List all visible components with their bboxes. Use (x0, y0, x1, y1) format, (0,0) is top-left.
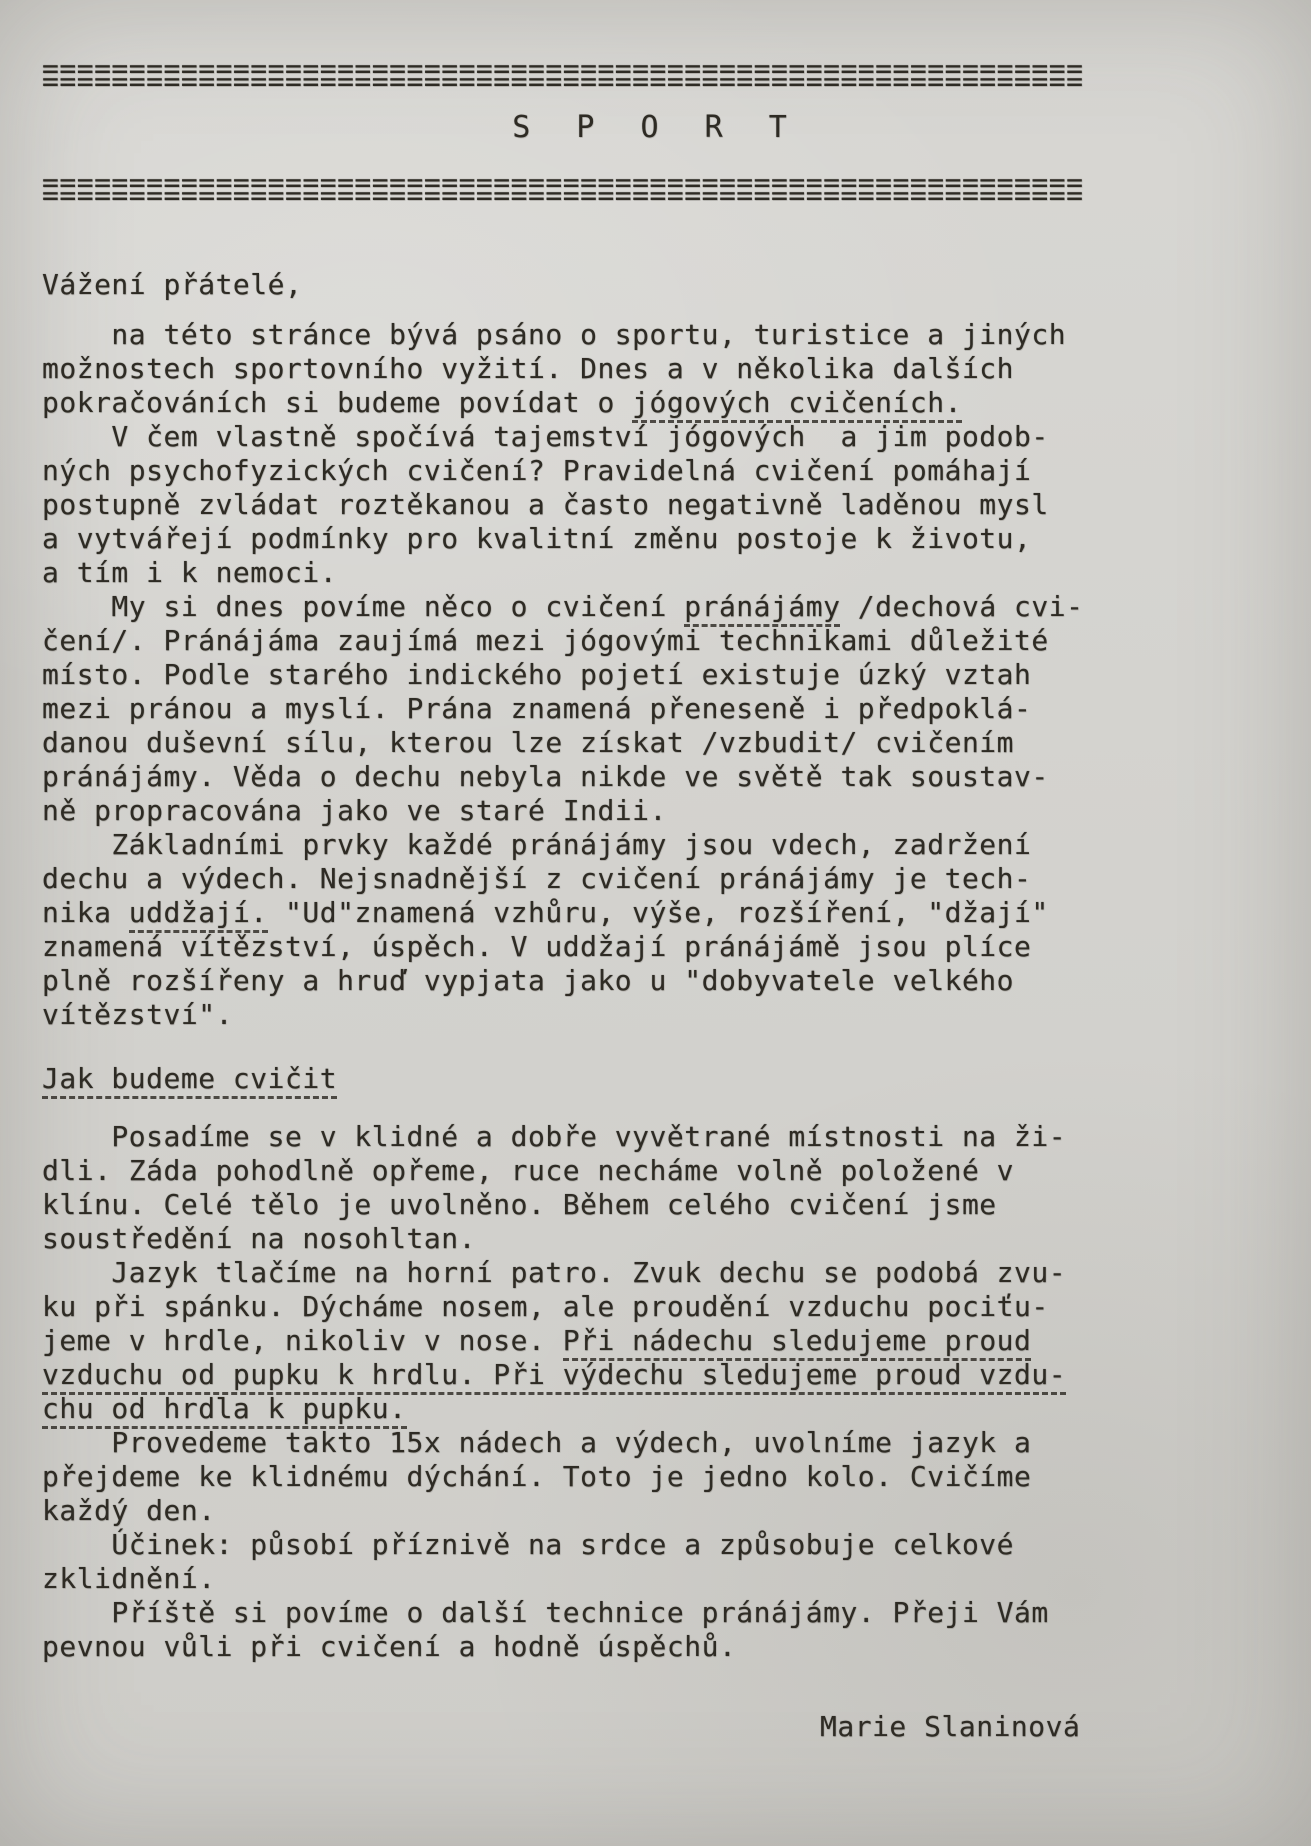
text-run: postupně zvládat roztěkanou a často nega… (42, 488, 1049, 521)
separator-top: ========================================… (42, 62, 1271, 88)
text-run: klínu. Celé tělo je uvolněno. Během celé… (42, 1188, 997, 1221)
paragraph-uddzaji: Základními prvky každé pránájámy jsou vd… (42, 828, 1271, 1032)
text-line: vzduchu od pupku k hrdlu. Při výdechu sl… (42, 1358, 1271, 1392)
text-run: ně propracována jako ve staré Indii. (42, 794, 667, 827)
underlined-text-run: chu od hrdla k pupku. (42, 1392, 407, 1429)
text-line: V čem vlastně spočívá tajemství jógových… (42, 420, 1271, 454)
text-line: My si dnes povíme něco o cvičení pránájá… (42, 590, 1271, 624)
text-line: Posadíme se v klidné a dobře vyvětrané m… (42, 1120, 1271, 1154)
signature: Marie Slaninová (42, 1710, 1271, 1744)
underlined-text-run: pránájámy (684, 590, 840, 627)
document-body: Vážení přátelé, na této stránce bývá psá… (42, 268, 1271, 1664)
text-run: pevnou vůli při cvičení a hodně úspěchů. (42, 1630, 736, 1663)
text-run: dli. Záda pohodlně opřeme, ruce necháme … (42, 1154, 1014, 1187)
separator-line: ========================================… (42, 189, 1271, 202)
text-line: pokračováních si budeme povídat o jógový… (42, 386, 1271, 420)
text-line: a tím i k nemoci. (42, 556, 1271, 590)
text-run: a vytvářejí podmínky pro kvalitní změnu … (42, 522, 1031, 555)
text-line: Vážení přátelé, (42, 268, 1271, 302)
text-line: chu od hrdla k pupku. (42, 1392, 1271, 1426)
separator-line: ========================================… (42, 75, 1271, 88)
text-line: soustředění na nosohltan. (42, 1222, 1271, 1256)
text-line: pránájámy. Věda o dechu nebyla nikde ve … (42, 760, 1271, 794)
text-run: mezi pránou a myslí. Prána znamená přene… (42, 692, 1031, 725)
paragraph-intro: na této stránce bývá psáno o sportu, tur… (42, 318, 1271, 420)
underlined-text-run: Jak budeme cvičit (42, 1062, 337, 1099)
document-page: ========================================… (0, 0, 1311, 1846)
text-line: mezi pránou a myslí. Prána znamená přene… (42, 692, 1271, 726)
text-line: místo. Podle starého indického pojetí ex… (42, 658, 1271, 692)
text-run: My si dnes povíme něco o cvičení (42, 590, 684, 623)
text-line: Jazyk tlačíme na horní patro. Zvuk dechu… (42, 1256, 1271, 1290)
text-run: ných psychofyzických cvičení? Pravidelná… (42, 454, 1031, 487)
text-line: plně rozšířeny a hruď vypjata jako u "do… (42, 964, 1271, 998)
paragraph-pranayama: My si dnes povíme něco o cvičení pránájá… (42, 590, 1271, 828)
text-line: znamená vítězství, úspěch. V uddžají prá… (42, 930, 1271, 964)
text-line: Příště si povíme o další technice pránáj… (42, 1596, 1271, 1630)
text-run: "Ud"znamená vzhůru, výše, rozšíření, "dž… (268, 896, 1049, 929)
paragraph-closing: Příště si povíme o další technice pránáj… (42, 1596, 1271, 1664)
text-run: soustředění na nosohltan. (42, 1222, 476, 1255)
text-line: nika uddžají. "Ud"znamená vzhůru, výše, … (42, 896, 1271, 930)
text-line: na této stránce bývá psáno o sportu, tur… (42, 318, 1271, 352)
page-title: S P O R T (42, 108, 1271, 148)
text-line: dli. Záda pohodlně opřeme, ruce necháme … (42, 1154, 1271, 1188)
text-line: a vytvářejí podmínky pro kvalitní změnu … (42, 522, 1271, 556)
text-line: Provedeme takto 15x nádech a výdech, uvo… (42, 1426, 1271, 1460)
text-run: pokračováních si budeme povídat o (42, 386, 632, 419)
text-run: jeme v hrdle, nikoliv v nose. (42, 1324, 563, 1357)
text-run: čení/. Pránájáma zaujímá mezi jógovými t… (42, 624, 1049, 657)
text-line: klínu. Celé tělo je uvolněno. Během celé… (42, 1188, 1271, 1222)
underlined-text-run: jógových cvičeních. (632, 386, 962, 423)
text-line: čení/. Pránájáma zaujímá mezi jógovými t… (42, 624, 1271, 658)
text-run: pránájámy. Věda o dechu nebyla nikde ve … (42, 760, 1049, 793)
underlined-text-run: uddžají. (129, 896, 268, 933)
text-run: V čem vlastně spočívá tajemství jógových… (42, 420, 1049, 453)
text-run: možnostech sportovního vyžití. Dnes a v … (42, 352, 1014, 385)
text-line: dechu a výdech. Nejsnadnější z cvičení p… (42, 862, 1271, 896)
paragraph-effect: Účinek: působí příznivě na srdce a způso… (42, 1528, 1271, 1596)
text-line: každý den. (42, 1494, 1271, 1528)
text-run: a tím i k nemoci. (42, 556, 337, 589)
text-line: ně propracována jako ve staré Indii. (42, 794, 1271, 828)
text-run: znamená vítězství, úspěch. V uddžají prá… (42, 930, 1031, 963)
text-run: Účinek: působí příznivě na srdce a způso… (42, 1528, 1014, 1561)
paragraph-repetitions: Provedeme takto 15x nádech a výdech, uvo… (42, 1426, 1271, 1528)
text-line: danou duševní sílu, kterou lze získat /v… (42, 726, 1271, 760)
text-line: zklidnění. (42, 1562, 1271, 1596)
text-line: možnostech sportovního vyžití. Dnes a v … (42, 352, 1271, 386)
text-run: na této stránce bývá psáno o sportu, tur… (42, 318, 1066, 351)
text-line: Účinek: působí příznivě na srdce a způso… (42, 1528, 1271, 1562)
text-run: nika (42, 896, 129, 929)
text-run: Vážení přátelé, (42, 268, 302, 301)
separator-under-title: ========================================… (42, 176, 1271, 202)
text-run: vítězství". (42, 998, 233, 1031)
text-run: místo. Podle starého indického pojetí ex… (42, 658, 1031, 691)
text-run: Posadíme se v klidné a dobře vyvětrané m… (42, 1120, 1066, 1153)
underlined-text-run: vzduchu od pupku k hrdlu. Při výdechu sl… (42, 1358, 1066, 1395)
text-run: zklidnění. (42, 1562, 216, 1595)
text-line: přejdeme ke klidnému dýchání. Toto je je… (42, 1460, 1271, 1494)
text-line: Jak budeme cvičit (42, 1062, 1271, 1100)
text-line: jeme v hrdle, nikoliv v nose. Při nádech… (42, 1324, 1271, 1358)
underlined-text-run: Při nádechu sledujeme proud (563, 1324, 1032, 1361)
text-run: Provedeme takto 15x nádech a výdech, uvo… (42, 1426, 1031, 1459)
text-line: ku při spánku. Dýcháme nosem, ale proudě… (42, 1290, 1271, 1324)
text-run: dechu a výdech. Nejsnadnější z cvičení p… (42, 862, 1031, 895)
paragraph-psychophysical: V čem vlastně spočívá tajemství jógových… (42, 420, 1271, 590)
text-run: danou duševní sílu, kterou lze získat /v… (42, 726, 1014, 759)
text-run: ku při spánku. Dýcháme nosem, ale proudě… (42, 1290, 1049, 1323)
text-line: postupně zvládat roztěkanou a často nega… (42, 488, 1271, 522)
salutation: Vážení přátelé, (42, 268, 1271, 302)
text-line: ných psychofyzických cvičení? Pravidelná… (42, 454, 1271, 488)
paragraph-breathing: Jazyk tlačíme na horní patro. Zvuk dechu… (42, 1256, 1271, 1426)
text-line: vítězství". (42, 998, 1271, 1032)
text-run: plně rozšířeny a hruď vypjata jako u "do… (42, 964, 1014, 997)
section-heading: Jak budeme cvičit (42, 1062, 1271, 1100)
text-run: Základními prvky každé pránájámy jsou vd… (42, 828, 1031, 861)
text-run: /dechová cvi- (840, 590, 1083, 623)
paragraph-posture: Posadíme se v klidné a dobře vyvětrané m… (42, 1120, 1271, 1256)
text-line: pevnou vůli při cvičení a hodně úspěchů. (42, 1630, 1271, 1664)
text-run: každý den. (42, 1494, 216, 1527)
text-run: přejdeme ke klidnému dýchání. Toto je je… (42, 1460, 1031, 1493)
text-run: Příště si povíme o další technice pránáj… (42, 1596, 1049, 1629)
text-run: Jazyk tlačíme na horní patro. Zvuk dechu… (42, 1256, 1066, 1289)
text-line: Základními prvky každé pránájámy jsou vd… (42, 828, 1271, 862)
